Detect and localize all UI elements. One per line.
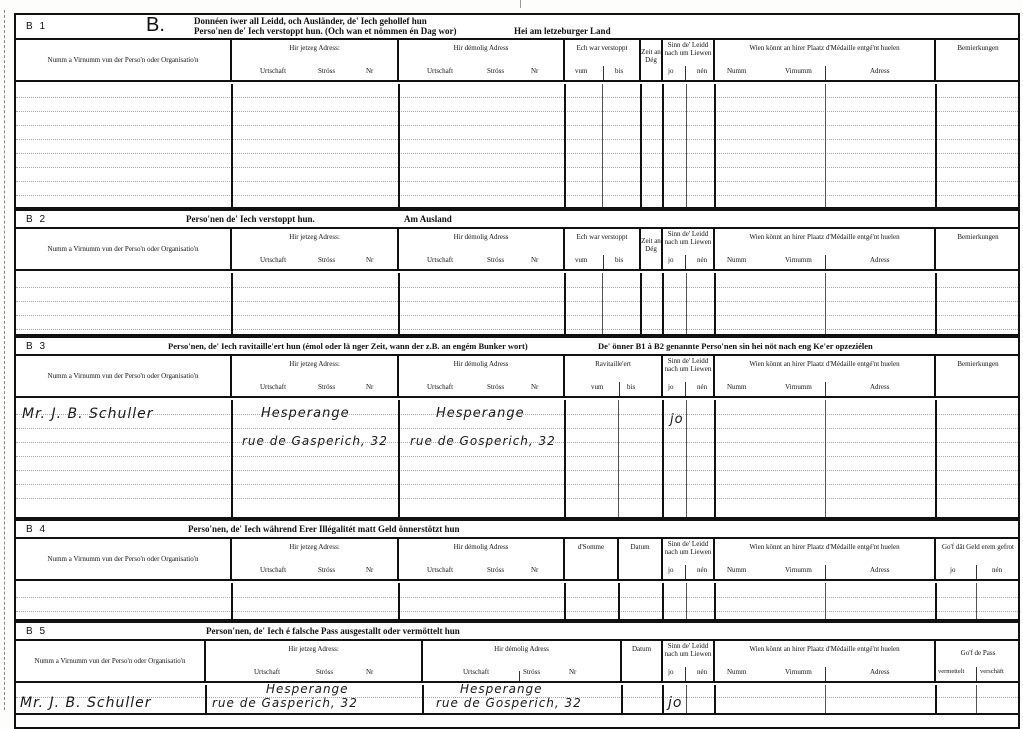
section-title-bar: B 4 Perso'nen, de' Iech während Erer Ill…: [16, 521, 1018, 539]
entry-alive-yes: jo: [670, 412, 684, 427]
col-medal: Wien könnt an hirer Plaatz d'Médaille en…: [715, 539, 936, 579]
section-heading-right: De' önner B1 à B2 genannte Perso'nen sin…: [598, 341, 873, 351]
col-name: Numm a Virnumm vun der Perso'n oder Orga…: [16, 40, 232, 80]
entry-name: Mr. J. B. Schuller: [20, 695, 151, 711]
section-code: B 4: [26, 524, 47, 535]
col-medal: Wien könnt an hirer Plaatz d'Médaille en…: [715, 229, 936, 269]
col-sum: d'Somme: [565, 539, 619, 579]
section-heading-right: Am Ausland: [404, 214, 452, 224]
col-medal: Wien könnt an hirer Plaatz d'Médaille en…: [715, 356, 936, 396]
b2-entry-rows[interactable]: [16, 273, 1018, 334]
col-alive: Sinn de' Leidd nach um Liewen jo nén: [663, 40, 715, 80]
column-header: Numm a Virnumm vun der Perso'n oder Orga…: [16, 40, 1018, 82]
section-heading-line2: Perso'nen de' Iech verstoppt hun. (Och w…: [194, 26, 457, 36]
col-former-address: Hir démolig Adress Urtschaft Stróss Nr: [399, 40, 565, 80]
section-b5: B 5 Person'nen, de' Iech é falsche Pass …: [14, 621, 1020, 729]
col-medal: Wien könnt an hirer Plaatz d'Médaille en…: [715, 40, 936, 80]
section-code: B 5: [26, 626, 47, 637]
column-header: Numm a Virnumm vun der Perso'n oder Orga…: [16, 229, 1018, 271]
col-days: Zeit an Dég: [641, 40, 663, 80]
entry-alive-yes: jo: [668, 695, 682, 711]
b5-entry-rows[interactable]: Mr. J. B. Schuller Hesperange rue de Gas…: [16, 685, 1018, 715]
col-name: Numm a Virnumm vun der Perso'n oder Orga…: [16, 229, 232, 269]
section-heading: Perso'nen de' Iech verstoppt hun.: [186, 214, 315, 224]
col-remarks: Bemierkungen: [936, 40, 1020, 80]
section-b2: B 2 Perso'nen de' Iech verstoppt hun. Am…: [14, 209, 1020, 336]
col-alive: Sinn de' Leidd nach um Liewen jo nén: [663, 641, 715, 681]
entry-former-street: rue de Gosperich, 32: [436, 696, 582, 710]
section-title-bar: B 1 B. Donnéen iwer all Leidd, och Auslä…: [16, 15, 1018, 40]
entry-current-locality: Hesperange: [261, 406, 350, 421]
col-current-address: Hir jetzeg Adress: Urtschaft Stróss Nr: [232, 539, 399, 579]
column-header: Numm a Virnumm vun der Perso'n oder Orga…: [16, 641, 1018, 683]
entry-name: Mr. J. B. Schuller: [22, 406, 153, 422]
entry-current-street: rue de Gasperich, 32: [212, 696, 358, 710]
col-current-address: Hir jetzeg Adress: Urtschaft Stróss Nr: [232, 40, 399, 80]
column-header: Numm a Virnumm vun der Perso'n oder Orga…: [16, 539, 1018, 581]
section-b3: B 3 Perso'nen, de' Iech ravitaille'ert h…: [14, 336, 1020, 519]
section-title-bar: B 3 Perso'nen, de' Iech ravitaille'ert h…: [16, 338, 1018, 356]
column-header: Numm a Virnumm vun der Perso'n oder Orga…: [16, 356, 1018, 398]
section-heading-line1: Donnéen iwer all Leidd, och Ausländer, d…: [194, 16, 427, 26]
col-former-address: Hir démolig Adress Urtschaft Stróss Nr: [423, 641, 622, 681]
col-date: Datum: [619, 539, 663, 579]
section-code: B 2: [26, 214, 47, 225]
col-name: Numm a Virnumm vun der Perso'n oder Orga…: [16, 539, 232, 579]
col-remarks: Bemierkungen: [936, 356, 1020, 396]
fold-mark: [520, 0, 521, 8]
col-days: Zeit an Dég: [641, 229, 663, 269]
b3-entry-rows[interactable]: Mr. J. B. Schuller Hesperange rue de Gas…: [16, 400, 1018, 517]
form-part-letter: B.: [146, 14, 165, 37]
section-heading: Perso'nen, de' Iech ravitaille'ert hun (…: [168, 341, 528, 351]
col-supplied-period: Ravitaille'ert vum bis: [565, 356, 663, 396]
col-money-returned: Go'f dât Geld erem gefrot jo nén: [936, 539, 1020, 579]
section-b4: B 4 Perso'nen, de' Iech während Erer Ill…: [14, 519, 1020, 621]
col-hidden-period: Ech war verstoppt vum bis: [565, 229, 641, 269]
col-current-address: Hir jetzeg Adress: Urtschaft Stróss Nr: [206, 641, 423, 681]
section-heading-right: Hei am letzeburger Land: [514, 26, 611, 36]
entry-former-street: rue de Gosperich, 32: [410, 434, 556, 448]
section-title-bar: B 2 Perso'nen de' Iech verstoppt hun. Am…: [16, 211, 1018, 229]
col-hidden-period: Ech war verstoppt vum bis: [565, 40, 641, 80]
col-date: Datum: [622, 641, 663, 681]
col-pass: Go'f de Pass vermettelt verschäft: [936, 641, 1020, 681]
section-heading: Person'nen, de' Iech é falsche Pass ausg…: [206, 626, 460, 636]
col-remarks: Bemierkungen: [936, 229, 1020, 269]
col-former-address: Hir démolig Adress Urtschaft Stróss Nr: [399, 356, 565, 396]
col-current-address: Hir jetzeg Adress: Urtschaft Stróss Nr: [232, 356, 399, 396]
col-medal: Wien könnt an hirer Plaatz d'Médaille en…: [715, 641, 936, 681]
col-alive: Sinn de' Leidd nach um Liewen jo nén: [663, 229, 715, 269]
col-alive: Sinn de' Leidd nach um Liewen jo nén: [663, 356, 715, 396]
col-current-address: Hir jetzeg Adress: Urtschaft Stróss Nr: [232, 229, 399, 269]
entry-current-locality: Hesperange: [266, 682, 349, 696]
section-b1: B 1 B. Donnéen iwer all Leidd, och Auslä…: [14, 13, 1020, 209]
b1-entry-rows[interactable]: [16, 84, 1018, 207]
section-title-bar: B 5 Person'nen, de' Iech é falsche Pass …: [16, 623, 1018, 641]
col-name: Numm a Virnumm vun der Perso'n oder Orga…: [16, 356, 232, 396]
col-former-address: Hir démolig Adress Urtschaft Stróss Nr: [399, 229, 565, 269]
col-name: Numm a Virnumm vun der Perso'n oder Orga…: [16, 641, 206, 681]
margin-mark: [4, 10, 5, 710]
entry-former-locality: Hesperange: [460, 682, 543, 696]
entry-former-locality: Hesperange: [436, 406, 525, 421]
col-alive: Sinn de' Leidd nach um Liewen jo nén: [663, 539, 715, 579]
section-heading: Perso'nen, de' Iech während Erer Illégal…: [188, 524, 459, 534]
section-code: B 3: [26, 341, 47, 352]
b4-entry-rows[interactable]: [16, 583, 1018, 619]
entry-current-street: rue de Gasperich, 32: [242, 434, 388, 448]
section-code: B 1: [26, 21, 47, 32]
col-former-address: Hir démolig Adress Urtschaft Stróss Nr: [399, 539, 565, 579]
